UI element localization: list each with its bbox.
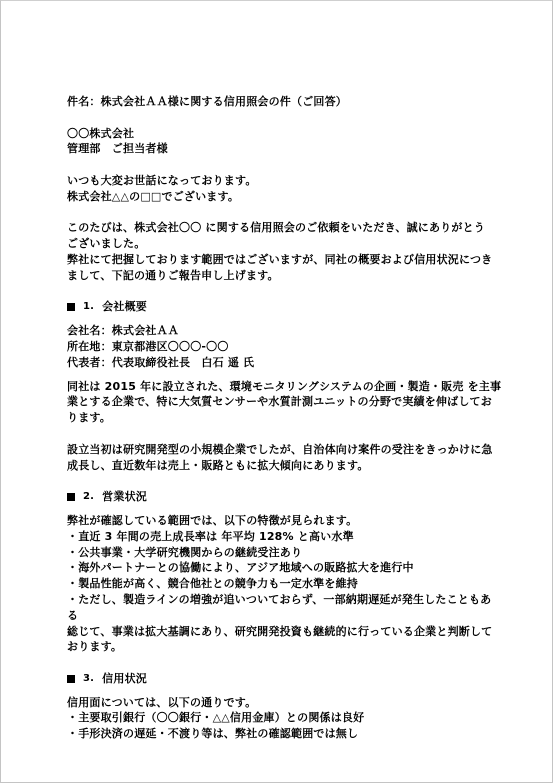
- section-title: 営業状況: [102, 489, 147, 505]
- square-bullet-icon: [67, 675, 75, 683]
- intro-line: このたびは、株式会社〇〇 に関する信用照会のご依頼をいただき、誠にありがとう: [67, 220, 497, 236]
- section-title: 会社概要: [102, 299, 147, 315]
- intro-line: ございました。: [67, 236, 497, 252]
- section-number: 1.: [83, 299, 94, 315]
- section-heading-business-status: 2. 営業状況: [67, 489, 497, 505]
- section-number: 3.: [83, 671, 94, 687]
- field-company-name: 会社名：株式会社ＡＡ: [67, 323, 497, 339]
- field-representative: 代表者：代表取締役社長 白石 遥 氏: [67, 355, 497, 371]
- subject-line: 件名：株式会社ＡＡ様に関する信用照会の件（ご回答）: [67, 94, 497, 110]
- list-item: ・直近 3 年間の売上成長率は 年平均 128% と高い水準: [67, 529, 497, 545]
- paragraph-line: 同社は 2015 年に設立された、環境モニタリングシステムの企画・製造・販売 を…: [67, 379, 497, 395]
- paragraph-line: 設立当初は研究開発型の小規模企業でしたが、自治体向け案件の受注をきっかけに急: [67, 442, 497, 458]
- paragraph-line: 業とする企業で、特に大気質センサーや水質計測ユニットの分野で実績を伸ばしてお: [67, 394, 497, 410]
- list-item: る: [67, 608, 497, 624]
- list-line: 弊社が確認している範囲では、以下の特徴が見られます。: [67, 513, 497, 529]
- list-line: 信用面については、以下の通りです。: [67, 695, 497, 711]
- paragraph-line: 成長し、直近数年は売上・販路ともに拡大傾向にあります。: [67, 458, 497, 474]
- intro-line: 弊社にて把握しております範囲ではございますが、同社の概要および信用状況につき: [67, 252, 497, 268]
- summary-line: 総じて、事業は拡大基調にあり、研究開発投資も継続的に行っている企業と判断して: [67, 624, 497, 640]
- section-number: 2.: [83, 489, 94, 505]
- list-item: ・製品性能が高く、競合他社との競争力も一定水準を維持: [67, 576, 497, 592]
- list-item: ・公共事業・大学研究機関からの継続受注あり: [67, 545, 497, 561]
- list-item: ・海外パートナーとの協働により、アジア地域への販路拡大を進行中: [67, 560, 497, 576]
- recipient-company: 〇〇株式会社: [67, 126, 497, 142]
- summary-line: おります。: [67, 639, 497, 655]
- recipient-department: 管理部 ご担当者様: [67, 141, 497, 157]
- document-page: 件名：株式会社ＡＡ様に関する信用照会の件（ご回答） 〇〇株式会社 管理部 ご担当…: [0, 0, 553, 783]
- list-item: ・手形決済の遅延・不渡り等は、弊社の確認範囲では無し: [67, 726, 497, 742]
- square-bullet-icon: [67, 493, 75, 501]
- paragraph-line: ります。: [67, 410, 497, 426]
- document-body: 件名：株式会社ＡＡ様に関する信用照会の件（ご回答） 〇〇株式会社 管理部 ご担当…: [67, 94, 497, 742]
- section-heading-company-overview: 1. 会社概要: [67, 299, 497, 315]
- section-title: 信用状況: [102, 671, 147, 687]
- intro-line: まして、下記の通りご報告申し上げます。: [67, 268, 497, 284]
- list-item: ・ただし、製造ラインの増強が追いついておらず、一部納期遅延が発生したこともあ: [67, 592, 497, 608]
- square-bullet-icon: [67, 303, 75, 311]
- sender-line: 株式会社△△の□□でございます。: [67, 189, 497, 205]
- greeting-line: いつも大変お世話になっております。: [67, 173, 497, 189]
- section-heading-credit-status: 3. 信用状況: [67, 671, 497, 687]
- field-address: 所在地：東京都港区〇〇〇-〇〇: [67, 339, 497, 355]
- list-item: ・主要取引銀行（〇〇銀行・△△信用金庫）との関係は良好: [67, 710, 497, 726]
